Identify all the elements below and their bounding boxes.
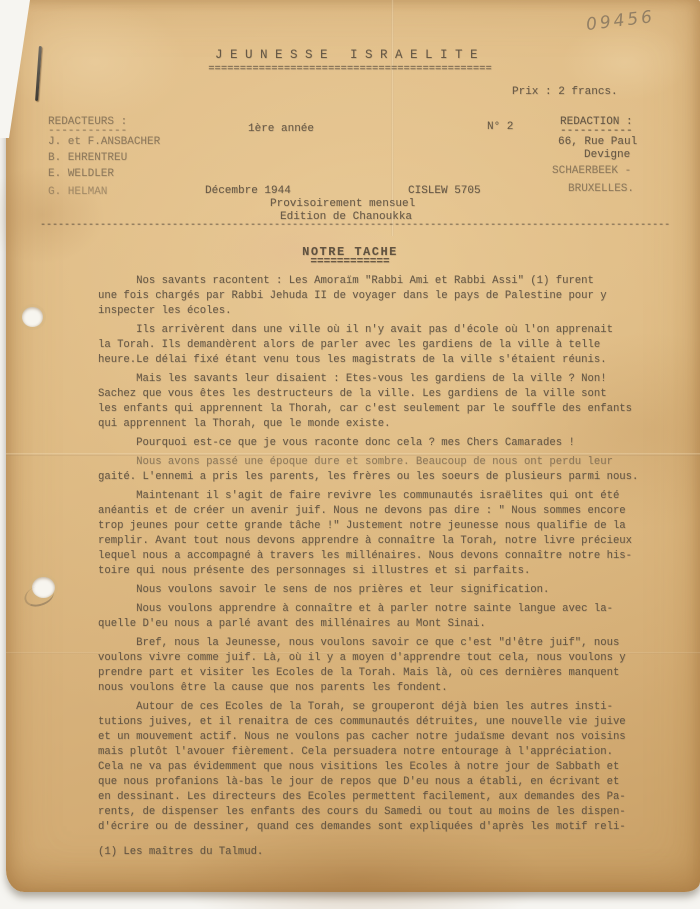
text-line: Maintenant il s'agit de faire revivre le…	[98, 489, 638, 504]
text-line: Mais les savants leur disaient : Etes-vo…	[98, 372, 638, 387]
redaction-address-line: SCHAERBEEK -	[552, 165, 631, 177]
year-label: 1ère année	[248, 123, 314, 135]
text-line: Sachez que vous êtes les destructeurs de…	[98, 387, 638, 402]
paragraph: Ils arrivèrent dans une ville où il n'y …	[98, 323, 638, 368]
text-line: Nos savants racontent : Les Amoraïm "Rab…	[98, 274, 638, 289]
text-line: d'écrire ou de dessiner, quand ces deman…	[98, 820, 638, 835]
paragraph: Nous voulons apprendre à connaître et à …	[98, 602, 638, 632]
text-line: toire qui nous présente des personnages …	[98, 564, 638, 579]
paragraph: Bref, nous la Jeunesse, nous voulons sav…	[98, 636, 638, 696]
text-line: Nous avons passé une époque dure et somb…	[98, 455, 638, 470]
text-line: voulons vivre comme juif. Là, où il y a …	[98, 651, 638, 666]
text-line: une fois chargés par Rabbi Jehuda II de …	[98, 289, 638, 304]
text-line: quelle D'eu nous a parlé avant des millé…	[98, 617, 638, 632]
article-title-underline: ============	[0, 256, 700, 268]
redaction-address-line: 66, Rue Paul	[558, 136, 637, 148]
paragraph: Nous avons passé une époque dure et somb…	[98, 455, 638, 485]
text-line: Pourquoi est-ce que je vous raconte donc…	[98, 436, 638, 451]
paragraph: Autour de ces Ecoles de la Torah, se gro…	[98, 700, 638, 835]
text-line: prendre part et visiter les Ecoles de la…	[98, 666, 638, 681]
text-line: lequel nous a accompagné à travers les m…	[98, 549, 638, 564]
text-line: et un mouvement actif. Nous ne voulons p…	[98, 730, 638, 745]
redacteur-name: B. EHRENTREU	[48, 152, 127, 164]
footnote: (1) Les maîtres du Talmud.	[98, 846, 263, 858]
redaction-address-line: BRUXELLES.	[568, 183, 634, 195]
redacteur-name: J. et F.ANSBACHER	[48, 136, 160, 148]
text-line: en dessinant. Les directeurs des Ecoles …	[98, 790, 638, 805]
text-line: inspecter les écoles.	[98, 304, 638, 319]
date-hebrew: CISLEW 5705	[408, 185, 481, 197]
text-line: Autour de ces Ecoles de la Torah, se gro…	[98, 700, 638, 715]
newsletter-title-underline: ========================================…	[0, 63, 700, 75]
text-line: rents, de dispenser les enfants des cour…	[98, 805, 638, 820]
paragraph: Mais les savants leur disaient : Etes-vo…	[98, 372, 638, 432]
paragraph: Pourquoi est-ce que je vous raconte donc…	[98, 436, 638, 451]
paragraph: Nous voulons savoir le sens de nos prièr…	[98, 583, 638, 598]
frequency-label: Provisoirement mensuel	[270, 198, 415, 210]
paragraph: Nos savants racontent : Les Amoraïm "Rab…	[98, 274, 638, 319]
text-line: Nous voulons savoir le sens de nos prièr…	[98, 583, 638, 598]
text-line: tutions juives, et il renaitra de ces co…	[98, 715, 638, 730]
price-label: Prix : 2 francs.	[512, 86, 618, 98]
text-line: que nous profanions là-bas le jour de re…	[98, 775, 638, 790]
redacteur-name: G. HELMAN	[48, 186, 107, 198]
text-line: les enfants qui apprennent la Thorah, ca…	[98, 402, 638, 417]
header-separator: ----------------------------------------…	[40, 220, 670, 231]
text-line: Ils arrivèrent dans une ville où il n'y …	[98, 323, 638, 338]
text-line: remplir. Avant tout nous devons apprendr…	[98, 534, 638, 549]
text-line: mais plutôt l'avouer fièrement. Cela per…	[98, 745, 638, 760]
text-line: heure.Le délai fixé étant venu tous les …	[98, 353, 638, 368]
text-line: Cela ne va pas évidemment que nous visit…	[98, 760, 638, 775]
text-line: nous voulons être la cause que nos paren…	[98, 681, 638, 696]
issue-number: N° 2	[487, 121, 513, 133]
text-line: la Torah. Ils demandèrent alors de parle…	[98, 338, 638, 353]
article-body: Nos savants racontent : Les Amoraïm "Rab…	[98, 274, 638, 839]
text-line: anéantis et de créer un avenir juif. Nou…	[98, 504, 638, 519]
text-line: Nous voulons apprendre à connaître et à …	[98, 602, 638, 617]
text-line: Bref, nous la Jeunesse, nous voulons sav…	[98, 636, 638, 651]
text-line: gaité. L'ennemi a pris les parents, les …	[98, 470, 638, 485]
punch-hole-top	[22, 307, 43, 327]
paragraph: Maintenant il s'agit de faire revivre le…	[98, 489, 638, 579]
redacteur-name: E. WELDLER	[48, 168, 114, 180]
newsletter-title: JEUNESSE ISRAELITE	[0, 48, 700, 62]
text-line: qui apprennent la Thorah, que le monde e…	[98, 417, 638, 432]
text-line: trop jeunes pour cette grande tâche !" J…	[98, 519, 638, 534]
redaction-address-line: Devigne	[584, 149, 630, 161]
date-gregorian: Décembre 1944	[205, 185, 291, 197]
